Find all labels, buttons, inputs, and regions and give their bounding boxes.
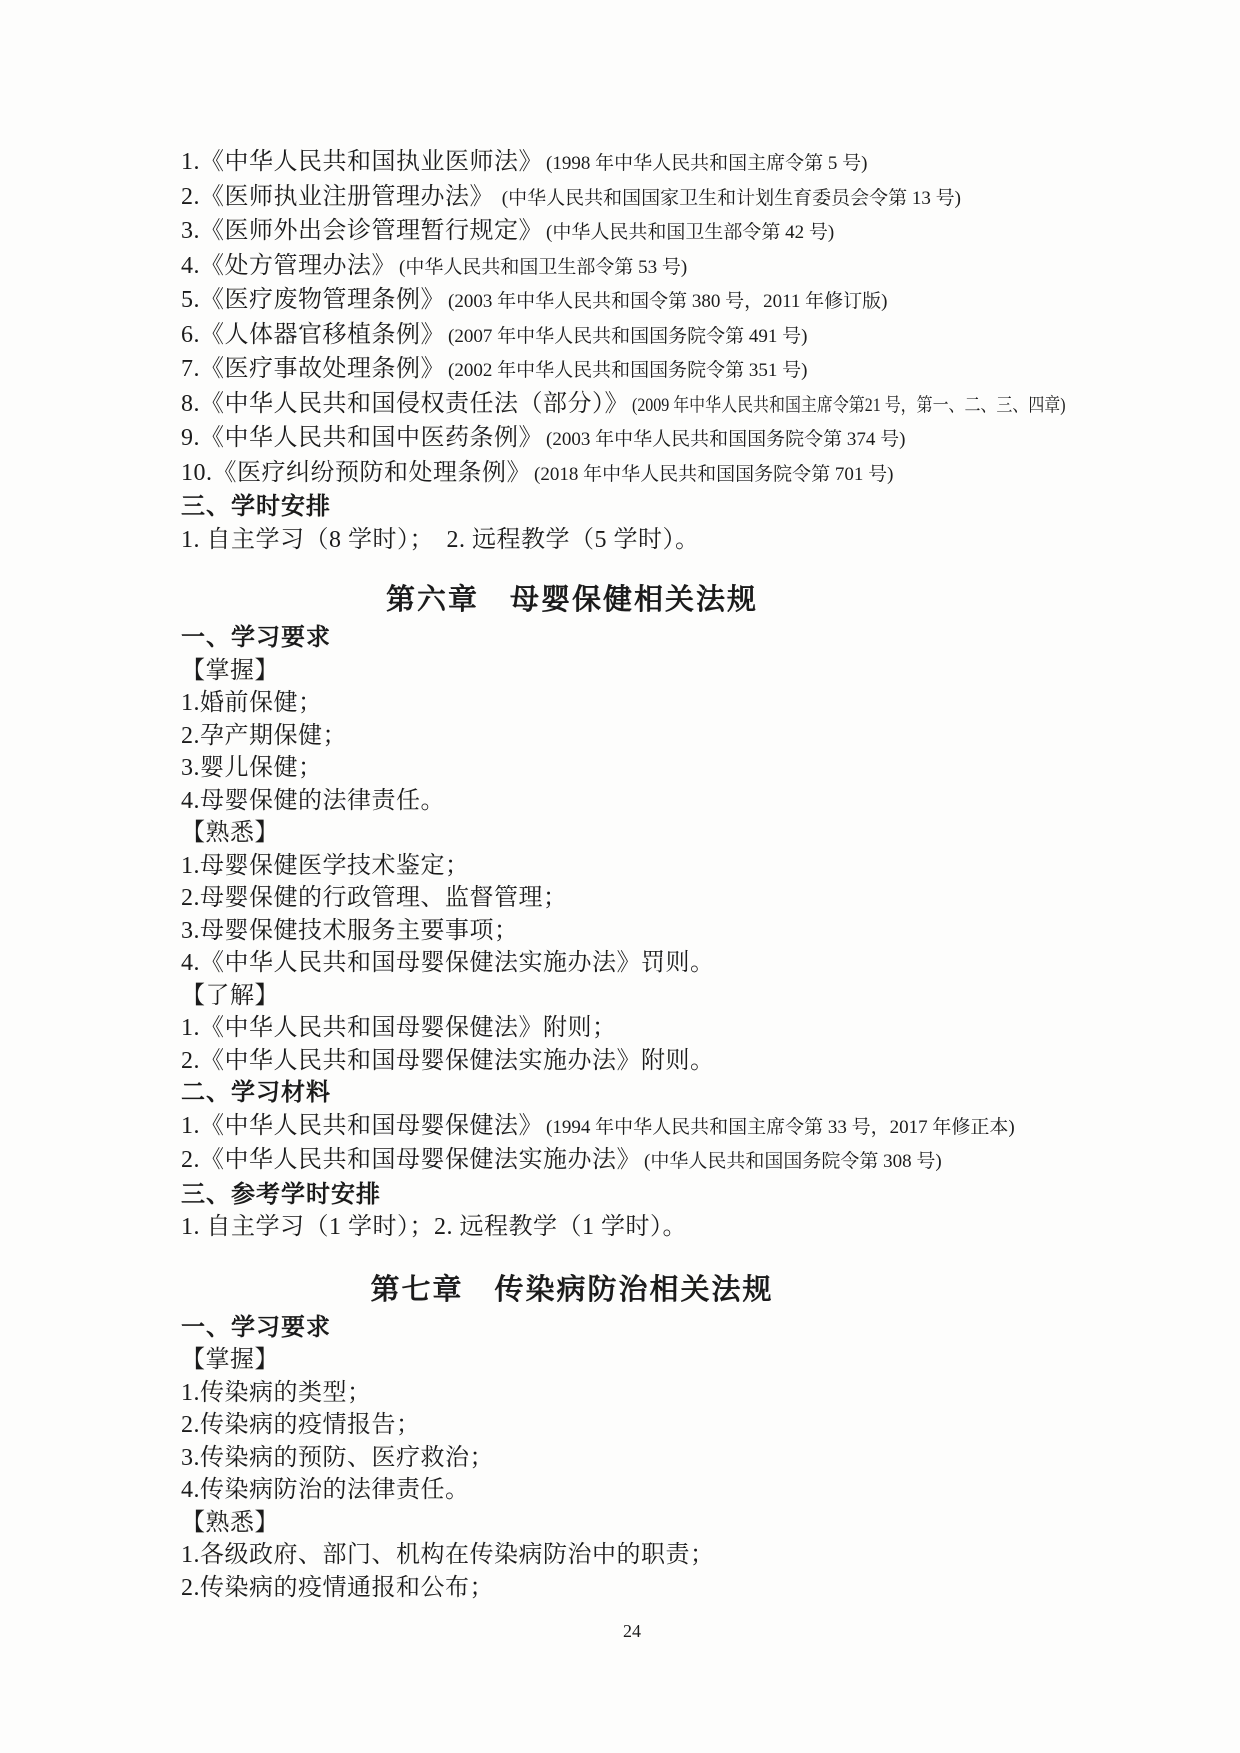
ch6-materials-heading: 二、学习材料 — [181, 1077, 963, 1110]
list-item: 1.《中华人民共和国执业医师法》(1998 年中华人民共和国主席令第 5 号) — [181, 146, 963, 181]
list-item: 6.《人体器官移植条例》(2007 年中华人民共和国国务院令第 491 号) — [181, 319, 963, 354]
ch7-familiar-label: 【熟悉】 — [181, 1507, 963, 1540]
law-title: 8.《中华人民共和国侵权责任法（部分）》 — [181, 391, 629, 417]
list-item: 2.传染病的疫情报告； — [181, 1409, 963, 1442]
law-detail: (中华人民共和国卫生部令第 53 号) — [399, 257, 687, 278]
page-number: 24 — [12, 1620, 1240, 1642]
law-detail: (2018 年中华人民共和国国务院令第 701 号) — [534, 464, 893, 485]
law-detail: (2002 年中华人民共和国国务院令第 351 号) — [448, 360, 807, 381]
ch6-requirements-heading: 一、学习要求 — [181, 622, 963, 655]
list-item: 3.《医师外出会诊管理暂行规定》(中华人民共和国卫生部令第 42 号) — [181, 215, 963, 250]
law-detail: (1998 年中华人民共和国主席令第 5 号) — [546, 153, 867, 174]
law-title: 10.《医疗纠纷预防和处理条例》 — [181, 460, 531, 486]
list-item: 4.传染病防治的法律责任。 — [181, 1474, 963, 1507]
law-title: 2.《医师执业注册管理办法》 — [181, 184, 494, 210]
list-item: 1.各级政府、部门、机构在传染病防治中的职责； — [181, 1539, 963, 1572]
law-title: 2.《中华人民共和国母婴保健法实施办法》 — [181, 1147, 641, 1173]
list-item: 2.传染病的疫情通报和公布； — [181, 1572, 963, 1605]
law-detail: (2003 年中华人民共和国令第 380 号，2011 年修订版) — [448, 291, 887, 312]
scanned-document-page: 1.《中华人民共和国执业医师法》(1998 年中华人民共和国主席令第 5 号) … — [0, 0, 1240, 1753]
chapter-7-title: 第七章 传染病防治相关法规 — [181, 1270, 963, 1310]
list-item: 1.传染病的类型； — [181, 1377, 963, 1410]
law-title: 9.《中华人民共和国中医药条例》 — [181, 425, 543, 451]
law-detail: (中华人民共和国国家卫生和计划生育委员会令第 13 号) — [497, 188, 961, 209]
law-detail: (2009 年中华人民共和国主席令第21 号，第一、二、三、四章) — [632, 390, 1066, 423]
ch6-familiar-label: 【熟悉】 — [181, 817, 963, 850]
chapter-6: 第六章 母婴保健相关法规 一、学习要求 【掌握】 1.婚前保健； 2.孕产期保健… — [181, 580, 963, 1244]
page-content: 1.《中华人民共和国执业医师法》(1998 年中华人民共和国主席令第 5 号) … — [181, 146, 963, 1604]
ch6-master-label: 【掌握】 — [181, 655, 963, 688]
list-item: 1.母婴保健医学技术鉴定； — [181, 850, 963, 883]
list-item: 2.《中华人民共和国母婴保健法实施办法》附则。 — [181, 1045, 963, 1078]
list-item: 4.母婴保健的法律责任。 — [181, 785, 963, 818]
law-detail: (2007 年中华人民共和国国务院令第 491 号) — [448, 326, 807, 347]
list-item: 5.《医疗废物管理条例》(2003 年中华人民共和国令第 380 号，2011 … — [181, 284, 963, 319]
ch5-hours-line: 1. 自主学习（8 学时）； 2. 远程教学（5 学时）。 — [181, 524, 963, 557]
law-detail: (1994 年中华人民共和国主席令第 33 号，2017 年修正本) — [546, 1117, 1015, 1138]
ch6-hours-line: 1. 自主学习（1 学时）；2. 远程教学（1 学时）。 — [181, 1211, 963, 1244]
law-detail: (中华人民共和国卫生部令第 42 号) — [546, 222, 834, 243]
law-title: 1.《中华人民共和国执业医师法》 — [181, 149, 543, 175]
list-item: 2.《中华人民共和国母婴保健法实施办法》(中华人民共和国国务院令第 308 号) — [181, 1144, 963, 1179]
list-item: 4.《处方管理办法》(中华人民共和国卫生部令第 53 号) — [181, 250, 963, 285]
law-title: 7.《医疗事故处理条例》 — [181, 356, 445, 382]
list-item: 10.《医疗纠纷预防和处理条例》(2018 年中华人民共和国国务院令第 701 … — [181, 457, 963, 492]
law-detail: (中华人民共和国国务院令第 308 号) — [644, 1151, 942, 1172]
list-item: 3.传染病的预防、医疗救治； — [181, 1442, 963, 1475]
list-item: 2.母婴保健的行政管理、监督管理； — [181, 882, 963, 915]
chapter-7: 第七章 传染病防治相关法规 一、学习要求 【掌握】 1.传染病的类型； 2.传染… — [181, 1270, 963, 1605]
law-title: 3.《医师外出会诊管理暂行规定》 — [181, 218, 543, 244]
list-item: 7.《医疗事故处理条例》(2002 年中华人民共和国国务院令第 351 号) — [181, 353, 963, 388]
list-item: 1.《中华人民共和国母婴保健法》(1994 年中华人民共和国主席令第 33 号，… — [181, 1110, 963, 1145]
law-title: 1.《中华人民共和国母婴保健法》 — [181, 1113, 543, 1139]
list-item: 8.《中华人民共和国侵权责任法（部分）》(2009 年中华人民共和国主席令第21… — [181, 388, 963, 423]
list-item: 1.《中华人民共和国母婴保健法》附则； — [181, 1012, 963, 1045]
list-item: 2.《医师执业注册管理办法》 (中华人民共和国国家卫生和计划生育委员会令第 13… — [181, 181, 963, 216]
list-item: 3.婴儿保健； — [181, 752, 963, 785]
list-item: 3.母婴保健技术服务主要事项； — [181, 915, 963, 948]
law-title: 4.《处方管理办法》 — [181, 253, 396, 279]
ch5-hours-heading: 三、学时安排 — [181, 491, 963, 524]
list-item: 9.《中华人民共和国中医药条例》(2003 年中华人民共和国国务院令第 374 … — [181, 422, 963, 457]
list-item: 2.孕产期保健； — [181, 720, 963, 753]
ch5-materials-list: 1.《中华人民共和国执业医师法》(1998 年中华人民共和国主席令第 5 号) … — [181, 146, 963, 491]
law-title: 5.《医疗废物管理条例》 — [181, 287, 445, 313]
ch7-master-label: 【掌握】 — [181, 1344, 963, 1377]
law-title: 6.《人体器官移植条例》 — [181, 322, 445, 348]
ch6-hours-heading: 三、参考学时安排 — [181, 1179, 963, 1212]
list-item: 4.《中华人民共和国母婴保健法实施办法》罚则。 — [181, 947, 963, 980]
ch6-understand-label: 【了解】 — [181, 980, 963, 1013]
law-detail: (2003 年中华人民共和国国务院令第 374 号) — [546, 429, 905, 450]
list-item: 1.婚前保健； — [181, 687, 963, 720]
ch7-requirements-heading: 一、学习要求 — [181, 1312, 963, 1345]
chapter-6-title: 第六章 母婴保健相关法规 — [181, 580, 963, 620]
